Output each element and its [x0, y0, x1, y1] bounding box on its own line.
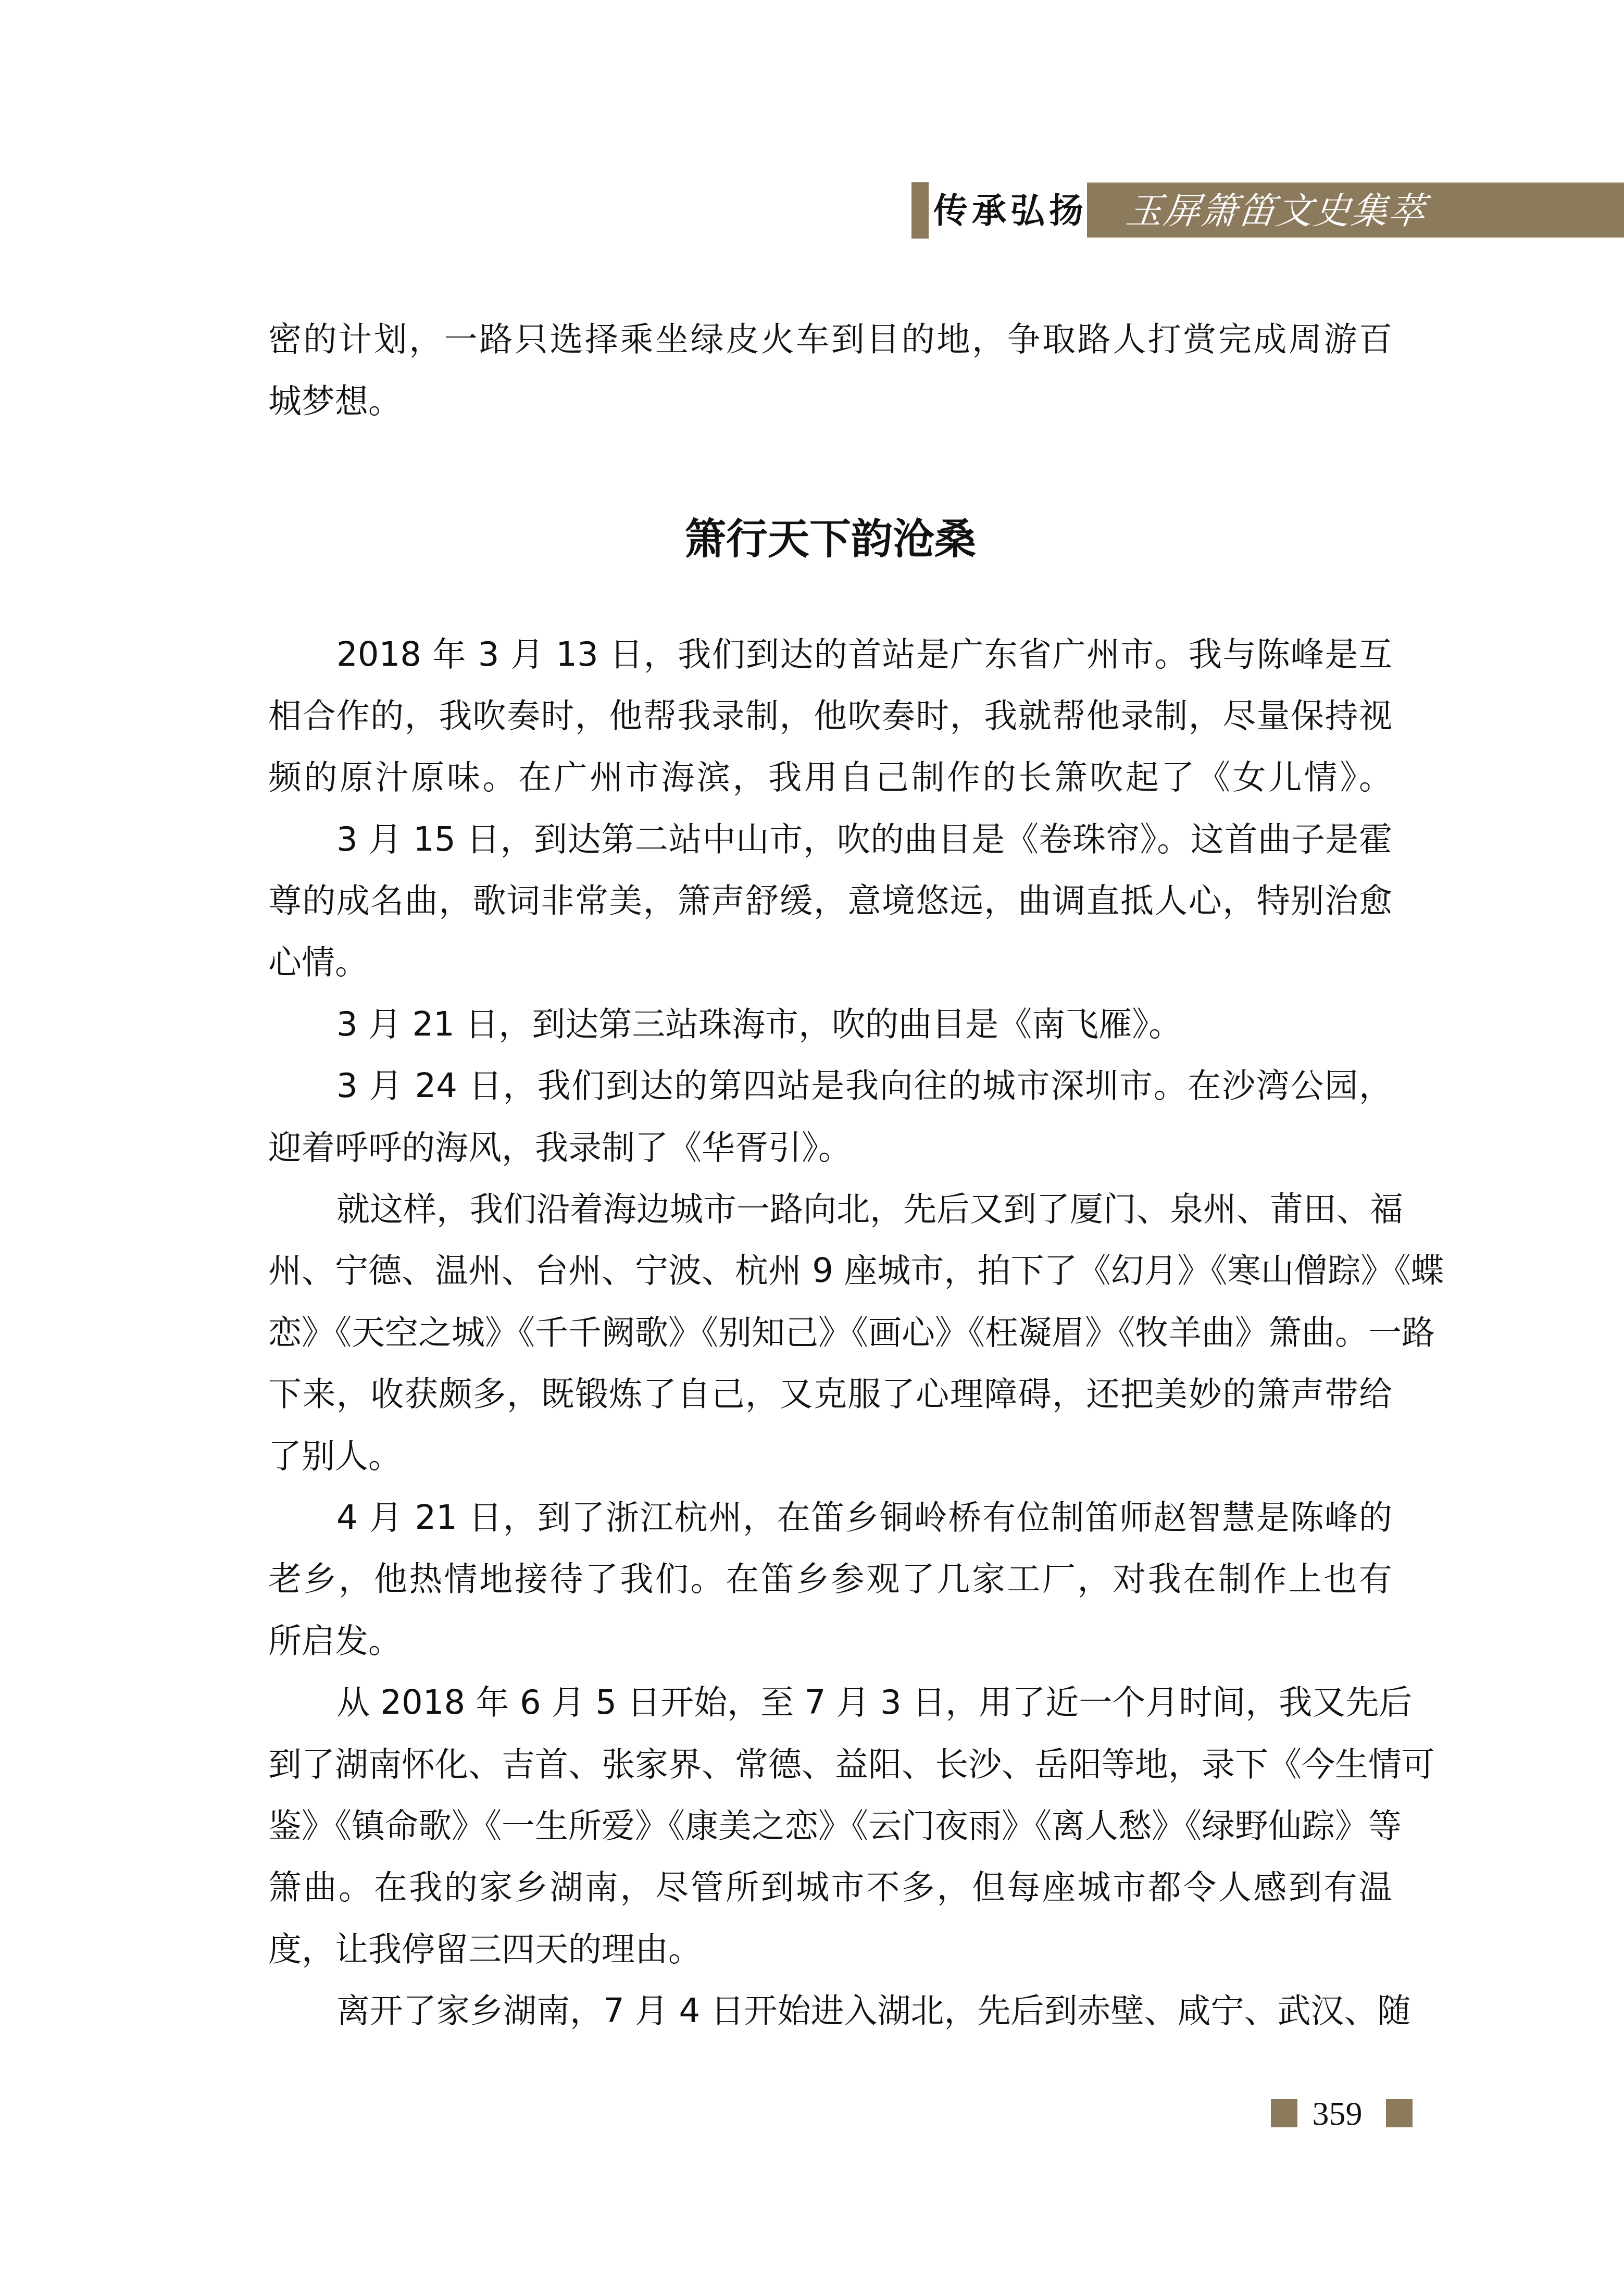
- text-line: 离开了家乡湖南，7 月 4 日开始进入湖北，先后到赤壁、咸宁、武汉、随: [336, 1990, 1392, 2032]
- text-line: 鉴》《镇命歌》《一生所爱》《康美之恋》《云门夜雨》《离人愁》《绿野仙踪》等: [268, 1805, 1392, 1847]
- page-number: 359: [1305, 2093, 1370, 2135]
- text-line: 老乡，他热情地接待了我们。在笛乡参观了几家工厂，对我在制作上也有: [268, 1559, 1392, 1600]
- text-line: 尊的成名曲，歌词非常美，箫声舒缓，意境悠远，曲调直抵人心，特别治愈: [268, 880, 1392, 922]
- text-line: 密的计划，一路只选择乘坐绿皮火车到目的地，争取路人打赏完成周游百: [268, 319, 1392, 360]
- text-line: 频的原汁原味。在广州市海滨，我用自己制作的长箫吹起了《女儿情》。: [268, 757, 1392, 799]
- text-line: 就这样，我们沿着海边城市一路向北，先后又到了厦门、泉州、莆田、福: [336, 1189, 1392, 1230]
- book-title-calligraphy: 玉屏箫笛文史集萃: [1123, 188, 1394, 234]
- text-line: 4 月 21 日，到了浙江杭州，在笛乡铜岭桥有位制笛师赵智慧是陈峰的: [336, 1497, 1392, 1539]
- text-line: 恋》《天空之城》《千千阙歌》《别知己》《画心》《枉凝眉》《牧羊曲》箫曲。一路: [268, 1312, 1392, 1354]
- text-line: 3 月 21 日，到达第三站珠海市，吹的曲目是《南飞雁》。: [336, 1004, 1392, 1045]
- text-line: 相合作的，我吹奏时，他帮我录制，他吹奏时，我就帮他录制，尽量保持视: [268, 695, 1392, 737]
- text-line: 州、宁德、温州、台州、宁波、杭州 9 座城市，拍下了《幻月》《寒山僧踪》《蝶: [268, 1250, 1392, 1292]
- section-heading: 箫行天下韵沧桑: [521, 513, 1140, 565]
- text-line: 到了湖南怀化、吉首、张家界、常德、益阳、长沙、岳阳等地，录下《今生情可: [268, 1744, 1392, 1786]
- text-line: 度，让我停留三四天的理由。: [268, 1929, 1392, 1971]
- header-accent-bar: [911, 182, 929, 239]
- text-line: 2018 年 3 月 13 日，我们到达的首站是广东省广州市。我与陈峰是互: [336, 634, 1392, 676]
- text-line: 箫曲。在我的家乡湖南，尽管所到城市不多，但每座城市都令人感到有温: [268, 1867, 1392, 1909]
- text-line: 下来，收获颇多，既锻炼了自己，又克服了心理障碍，还把美妙的箫声带给: [268, 1374, 1392, 1415]
- page-number-right-square: [1386, 2099, 1413, 2127]
- text-line: 从 2018 年 6 月 5 日开始，至 7 月 3 日，用了近一个月时间，我又…: [336, 1682, 1392, 1724]
- page-number-left-square: [1271, 2099, 1297, 2127]
- text-line: 3 月 15 日，到达第二站中山市，吹的曲目是《卷珠帘》。这首曲子是霍: [336, 819, 1392, 861]
- text-line: 所启发。: [268, 1620, 1392, 1662]
- text-line: 了别人。: [268, 1436, 1392, 1477]
- text-line: 3 月 24 日，我们到达的第四站是我向往的城市深圳市。在沙湾公园，: [336, 1065, 1392, 1107]
- section-label: 传承弘扬: [933, 189, 1085, 232]
- text-line: 城梦想。: [268, 381, 1392, 422]
- text-line: 迎着呼呼的海风，我录制了《华胥引》。: [268, 1127, 1392, 1169]
- text-line: 心情。: [268, 942, 1392, 983]
